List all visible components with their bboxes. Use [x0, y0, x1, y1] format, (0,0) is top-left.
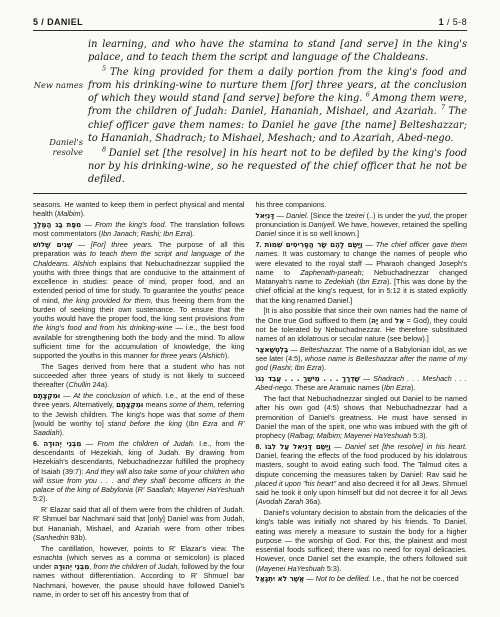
paragraph: 7. וַיָּשֶׂם לָהֶם שַׂר הַסָּרִיסִים שֵׁ… [256, 240, 468, 305]
text-segment: [For] three years. [91, 240, 153, 249]
text-segment: 5 [102, 65, 110, 73]
text-segment: means [143, 400, 169, 409]
text-segment: Daniel. [286, 211, 309, 220]
text-segment: the king provided for them, [63, 296, 153, 305]
text-segment: R' Saadiah; Mayenei HaYeshuah [138, 485, 245, 494]
commentary-section: seasons. He wanted to keep them in perfe… [33, 200, 467, 601]
paragraph: מִפַּת בַּג הַמֶּלֶךְ — From the king's … [33, 220, 245, 239]
text-segment: We have, however, retained the spelling [336, 220, 467, 229]
paragraph: דָּנִיֵּאל — Daniel. [Since the tzeirei … [256, 211, 468, 239]
text-segment: from the children of Judah, [93, 562, 179, 571]
page-header: 5 / DANIEL 1 / 5-8 [33, 17, 467, 31]
paragraph: The Sages derived from here that a stude… [33, 362, 245, 390]
text-segment: ). [81, 209, 85, 218]
text-segment: Rashi; Ibn Ezra [272, 363, 322, 372]
text-segment: for three years [150, 351, 197, 360]
text-segment: At the conclusion of which. [73, 391, 163, 400]
text-segment: — [274, 211, 286, 220]
text-segment: Daniel set [the resolve] in his heart no… [88, 148, 467, 185]
text-segment: stand before the king [108, 419, 182, 428]
hebrew-headword: מִבְּנֵי יְהוּדָה [43, 439, 81, 448]
text-segment: [would be worthy to] [33, 419, 108, 428]
hebrew-headword: בֵּלְטְשַׁאצַּר [256, 345, 289, 354]
running-head-title: 5 / DANIEL [33, 17, 83, 27]
text-segment: 24a). [91, 380, 110, 389]
text-segment: From the children of Judah. [97, 439, 195, 448]
margin-note-daniels-resolve: Daniel's resolve [33, 138, 83, 158]
hebrew-headword: מִפַּת בַּג הַמֶּלֶךְ [33, 220, 81, 229]
text-segment: 5:2). [33, 494, 48, 503]
text-segment: Sanhedrin [35, 533, 68, 542]
running-head-reference: 1 / 5-8 [439, 17, 467, 27]
text-segment: ). [190, 229, 194, 238]
paragraph: 8 Daniel set [the resolve] in his heart … [88, 147, 467, 186]
text-segment: Ibn Janach; Rashi; Ibn Ezra [101, 229, 190, 238]
text-segment: [Since the [309, 211, 346, 220]
paragraph: his three companions. [256, 200, 468, 209]
text-segment: some of them, [169, 400, 215, 409]
hebrew-headword: אֲשֶׁר לֹא יִתְגָּאַל [256, 574, 305, 583]
text-segment: Not to be defiled. [316, 574, 371, 583]
paragraph: וּמִקְצָתָם — At the conclusion of which… [33, 391, 245, 437]
paragraph: בֵּלְטְשַׁאצַּר — Belteshazzar. The name… [256, 345, 468, 373]
text-segment: 6. [33, 439, 43, 448]
paragraph: שַׁדְרַךְ . . . מֵישַׁךְ . . . עֲבֵד נְג… [256, 374, 468, 393]
text-segment: — [288, 345, 299, 354]
text-segment: Malbim [57, 209, 80, 218]
hebrew-headword: וַיָּשֶׂם לָהֶם שַׂר הַסָּרִיסִים שֵׁמוֹ… [265, 240, 363, 249]
hebrew-headword: דָּנִיֵּאל [256, 211, 275, 220]
text-segment: placed it upon "his heart" [256, 479, 337, 488]
text-segment: 8. [256, 442, 266, 451]
text-segment: Avodah Zarah [258, 497, 303, 506]
text-segment: Zaphenath-paneah; [300, 268, 363, 277]
text-segment: Alshich [73, 259, 96, 268]
text-segment: — [360, 374, 373, 383]
text-segment: Daniyeil. [308, 220, 336, 229]
paragraph: in learning, and who have the stamina to… [88, 38, 467, 64]
text-segment: ). [225, 351, 229, 360]
text-segment: Ralbag; Malbim; Mayenei HaYeshuah [290, 431, 411, 440]
text-segment: ). [411, 383, 415, 392]
paragraph: 6. מִבְּנֵי יְהוּדָה — From the children… [33, 439, 245, 504]
text-segment: Chullin [68, 380, 90, 389]
hebrew-headword: וּמִקְצָתָם [33, 391, 60, 400]
text-segment: and [218, 419, 238, 428]
text-segment: his three companions. [256, 200, 327, 209]
commentary-left-column: seasons. He wanted to keep them in perfe… [33, 200, 245, 601]
text-segment: Belteshazzar. [300, 345, 344, 354]
hebrew-headword: שָׁנִים שָׁלוֹשׁ [33, 240, 72, 249]
hebrew-headword: אֵל [395, 316, 404, 325]
text-segment: 7. [256, 240, 265, 249]
paragraph: שָׁנִים שָׁלוֹשׁ — [For] three years. Th… [33, 240, 245, 360]
paragraph: 8. וַיָּשֶׂם דָּנִיֵּאל עַל לִבּוֹ — Dan… [256, 442, 468, 507]
text-segment: — [60, 391, 73, 400]
text-segment: Alshich [201, 351, 224, 360]
hebrew-headword: מִבְּנֵי יְהוּדָה [54, 562, 90, 571]
text-segment: 5:3). [325, 564, 342, 573]
text-segment: — [81, 220, 95, 229]
text-segment: 36a). [303, 497, 322, 506]
text-segment: These are Aramaic names ( [293, 383, 384, 392]
text-segment: and [378, 316, 395, 325]
translation-section: New names Daniel's resolve in learning, … [33, 38, 467, 186]
text-segment: esnachta [33, 553, 62, 562]
section-divider-rule [33, 193, 467, 194]
text-segment: The Sages derived from here that a stude… [33, 362, 245, 390]
paragraph: 5 The king provided for them a daily por… [88, 66, 467, 145]
text-segment: From the king's food. [95, 220, 166, 229]
text-segment: ). [322, 363, 326, 372]
paragraph: seasons. He wanted to keep them in perfe… [33, 200, 245, 219]
text-segment: 8 [102, 145, 109, 153]
translation-text: in learning, and who have the stamina to… [88, 38, 467, 186]
text-segment: — [304, 574, 315, 583]
hebrew-headword: וַיָּשֶׂם דָּנִיֵּאל עַל לִבּוֹ [265, 442, 331, 451]
commentary-right-column: his three companions.דָּנִיֵּאל — Daniel… [256, 200, 468, 601]
margin-note-new-names: New names [33, 81, 83, 91]
text-segment: ). [60, 428, 64, 437]
paragraph: The fact that Nebuchadnezzar singled out… [256, 394, 468, 440]
paragraph: אֲשֶׁר לֹא יִתְגָּאַל — Not to be defile… [256, 574, 468, 583]
text-segment: since it is so well known.] [276, 229, 359, 238]
text-segment: 93b). [68, 533, 87, 542]
text-segment: — [72, 240, 91, 249]
text-segment: Ibn Ezra [359, 277, 387, 286]
text-segment: Zedekiah [324, 277, 354, 286]
text-segment: — [81, 439, 97, 448]
paragraph: The cantillation, however, points to R' … [33, 544, 245, 600]
text-segment: — [363, 240, 376, 249]
text-segment: 5:3). [411, 431, 428, 440]
hebrew-headword: וּמִקְצָתָם [116, 400, 143, 409]
text-segment: Daniel, fearing the effects of the food … [256, 451, 468, 479]
text-segment: (..) is under the [365, 211, 418, 220]
text-segment: The cantillation, however, points to R' … [41, 544, 245, 553]
text-segment: some of them [198, 410, 244, 419]
text-segment: Daniel set [the resolve] in his heart. [345, 442, 467, 451]
book-page: 5 / DANIEL 1 / 5-8 New names Daniel's re… [0, 0, 500, 617]
hebrew-headword: שַׁדְרַךְ . . . מֵישַׁךְ . . . עֲבֵד נְג… [256, 374, 360, 383]
text-segment: Ibn Ezra [188, 419, 217, 428]
text-segment: Daniel [256, 229, 277, 238]
paragraph: Daniel's voluntary decision to abstain f… [256, 508, 468, 573]
verse-range: / 5-8 [444, 17, 467, 27]
text-segment: yud, [418, 211, 432, 220]
text-segment: — [331, 442, 345, 451]
paragraph: [It is also possible that since their ow… [256, 306, 468, 343]
paragraph: R' Elazar said that all of them were fro… [33, 505, 245, 542]
text-segment: in learning, and who have the stamina to… [88, 39, 467, 63]
text-segment: Mayenei HaYeshuah [258, 564, 325, 573]
text-segment: Ibn Ezra [384, 383, 411, 392]
text-segment: I.e., that he not be coerced [370, 574, 458, 583]
text-segment: tzeirei [345, 211, 364, 220]
